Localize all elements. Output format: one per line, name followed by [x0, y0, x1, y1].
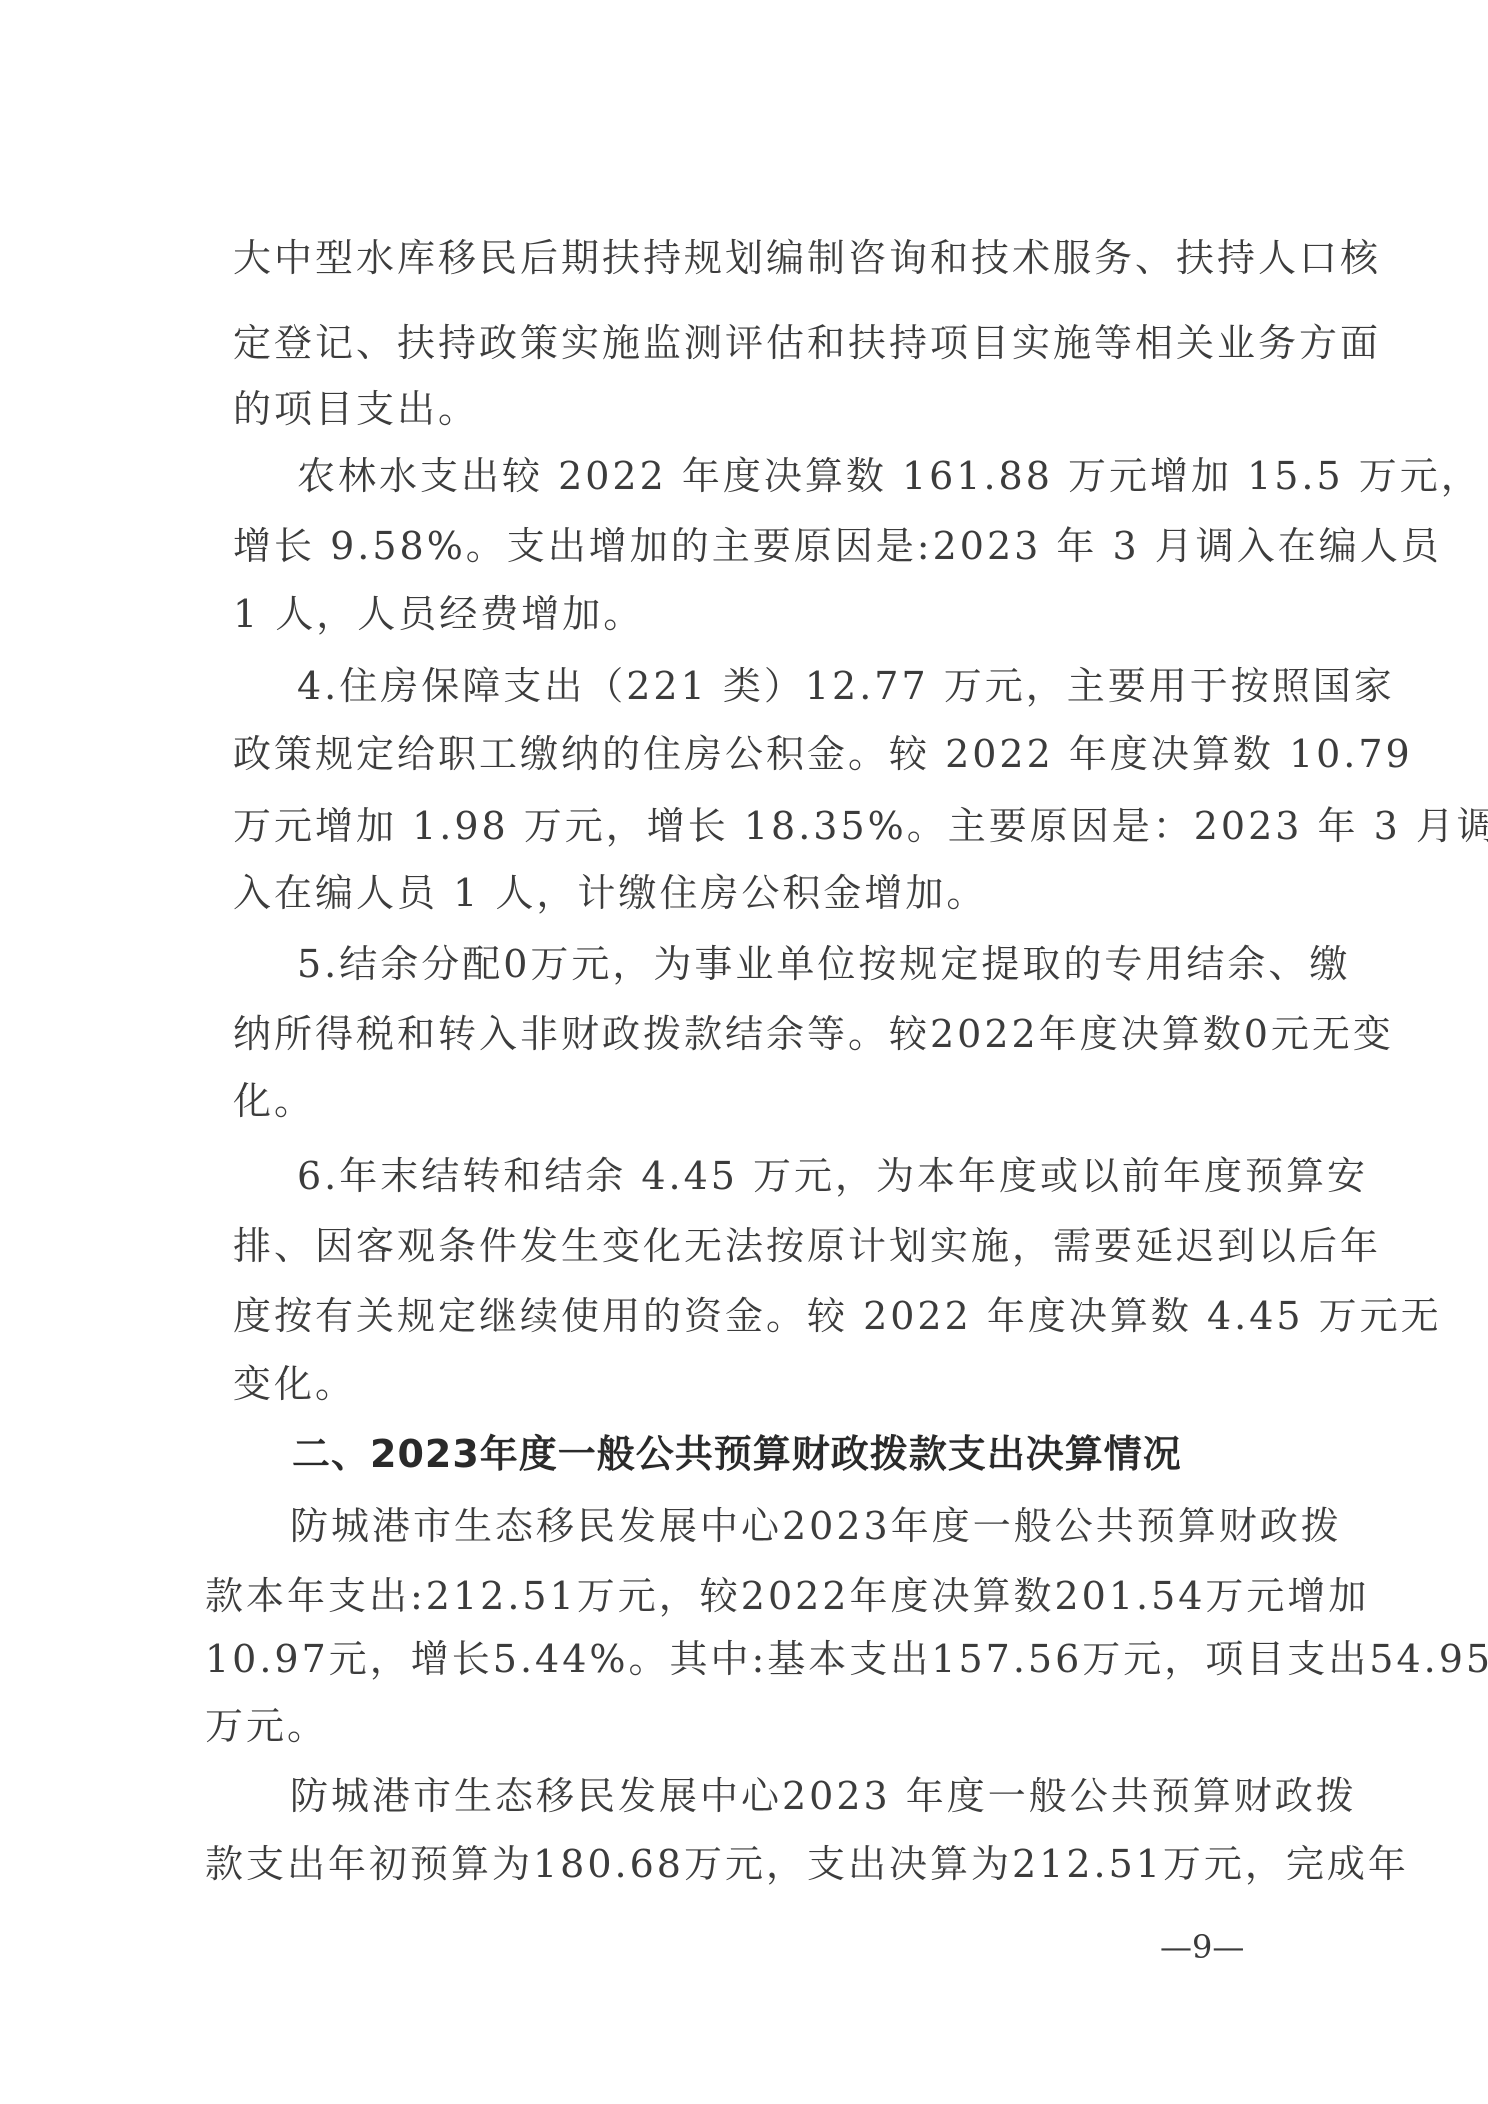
paragraph-line: 纳所得税和转入非财政拨款结余等。较2022年度决算数0元无变	[233, 1008, 1394, 1060]
paragraph-line: 款本年支出:212.51万元，较2022年度决算数201.54万元增加	[205, 1570, 1369, 1622]
paragraph-line: 10.97元，增长5.44%。其中:基本支出157.56万元，项目支出54.95	[205, 1633, 1488, 1685]
paragraph-line: 定登记、扶持政策实施监测评估和扶持项目实施等相关业务方面	[233, 317, 1381, 369]
paragraph-line: 政策规定给职工缴纳的住房公积金。较 2022 年度决算数 10.79	[233, 728, 1413, 780]
paragraph-line: 万元。	[205, 1700, 328, 1752]
paragraph-line: 增长 9.58%。支出增加的主要原因是:2023 年 3 月调入在编人员	[233, 520, 1442, 572]
paragraph-line: 的项目支出。	[233, 383, 479, 435]
page-number: —9—	[1160, 1928, 1244, 1966]
section-heading: 二、2023年度一般公共预算财政拨款支出决算情况	[292, 1428, 1182, 1480]
paragraph-line: 款支出年初预算为180.68万元，支出决算为212.51万元，完成年	[205, 1838, 1409, 1890]
paragraph-line: 防城港市生态移民发展中心2023 年度一般公共预算财政拨	[290, 1770, 1357, 1822]
paragraph-line: 1 人，人员经费增加。	[233, 588, 644, 640]
document-page: 大中型水库移民后期扶持规划编制咨询和技术服务、扶持人口核 定登记、扶持政策实施监…	[0, 0, 1488, 2104]
paragraph-line: 万元增加 1.98 万元，增长 18.35%。主要原因是：2023 年 3 月调	[233, 800, 1488, 852]
paragraph-line: 5.结余分配0万元，为事业单位按规定提取的专用结余、缴	[297, 938, 1350, 990]
paragraph-line: 6.年末结转和结余 4.45 万元，为本年度或以前年度预算安	[297, 1150, 1368, 1202]
paragraph-line: 化。	[233, 1075, 315, 1127]
paragraph-line: 4.住房保障支出（221 类）12.77 万元，主要用于按照国家	[297, 660, 1395, 712]
paragraph-line: 排、因客观条件发生变化无法按原计划实施，需要延迟到以后年	[233, 1220, 1381, 1272]
paragraph-line: 大中型水库移民后期扶持规划编制咨询和技术服务、扶持人口核	[233, 232, 1381, 284]
paragraph-line: 入在编人员 1 人，计缴住房公积金增加。	[233, 867, 987, 919]
paragraph-line: 防城港市生态移民发展中心2023年度一般公共预算财政拨	[290, 1500, 1342, 1552]
paragraph-line: 变化。	[233, 1358, 356, 1410]
paragraph-line: 农林水支出较 2022 年度决算数 161.88 万元增加 15.5 万元，	[297, 450, 1482, 502]
paragraph-line: 度按有关规定继续使用的资金。较 2022 年度决算数 4.45 万元无	[233, 1290, 1442, 1342]
